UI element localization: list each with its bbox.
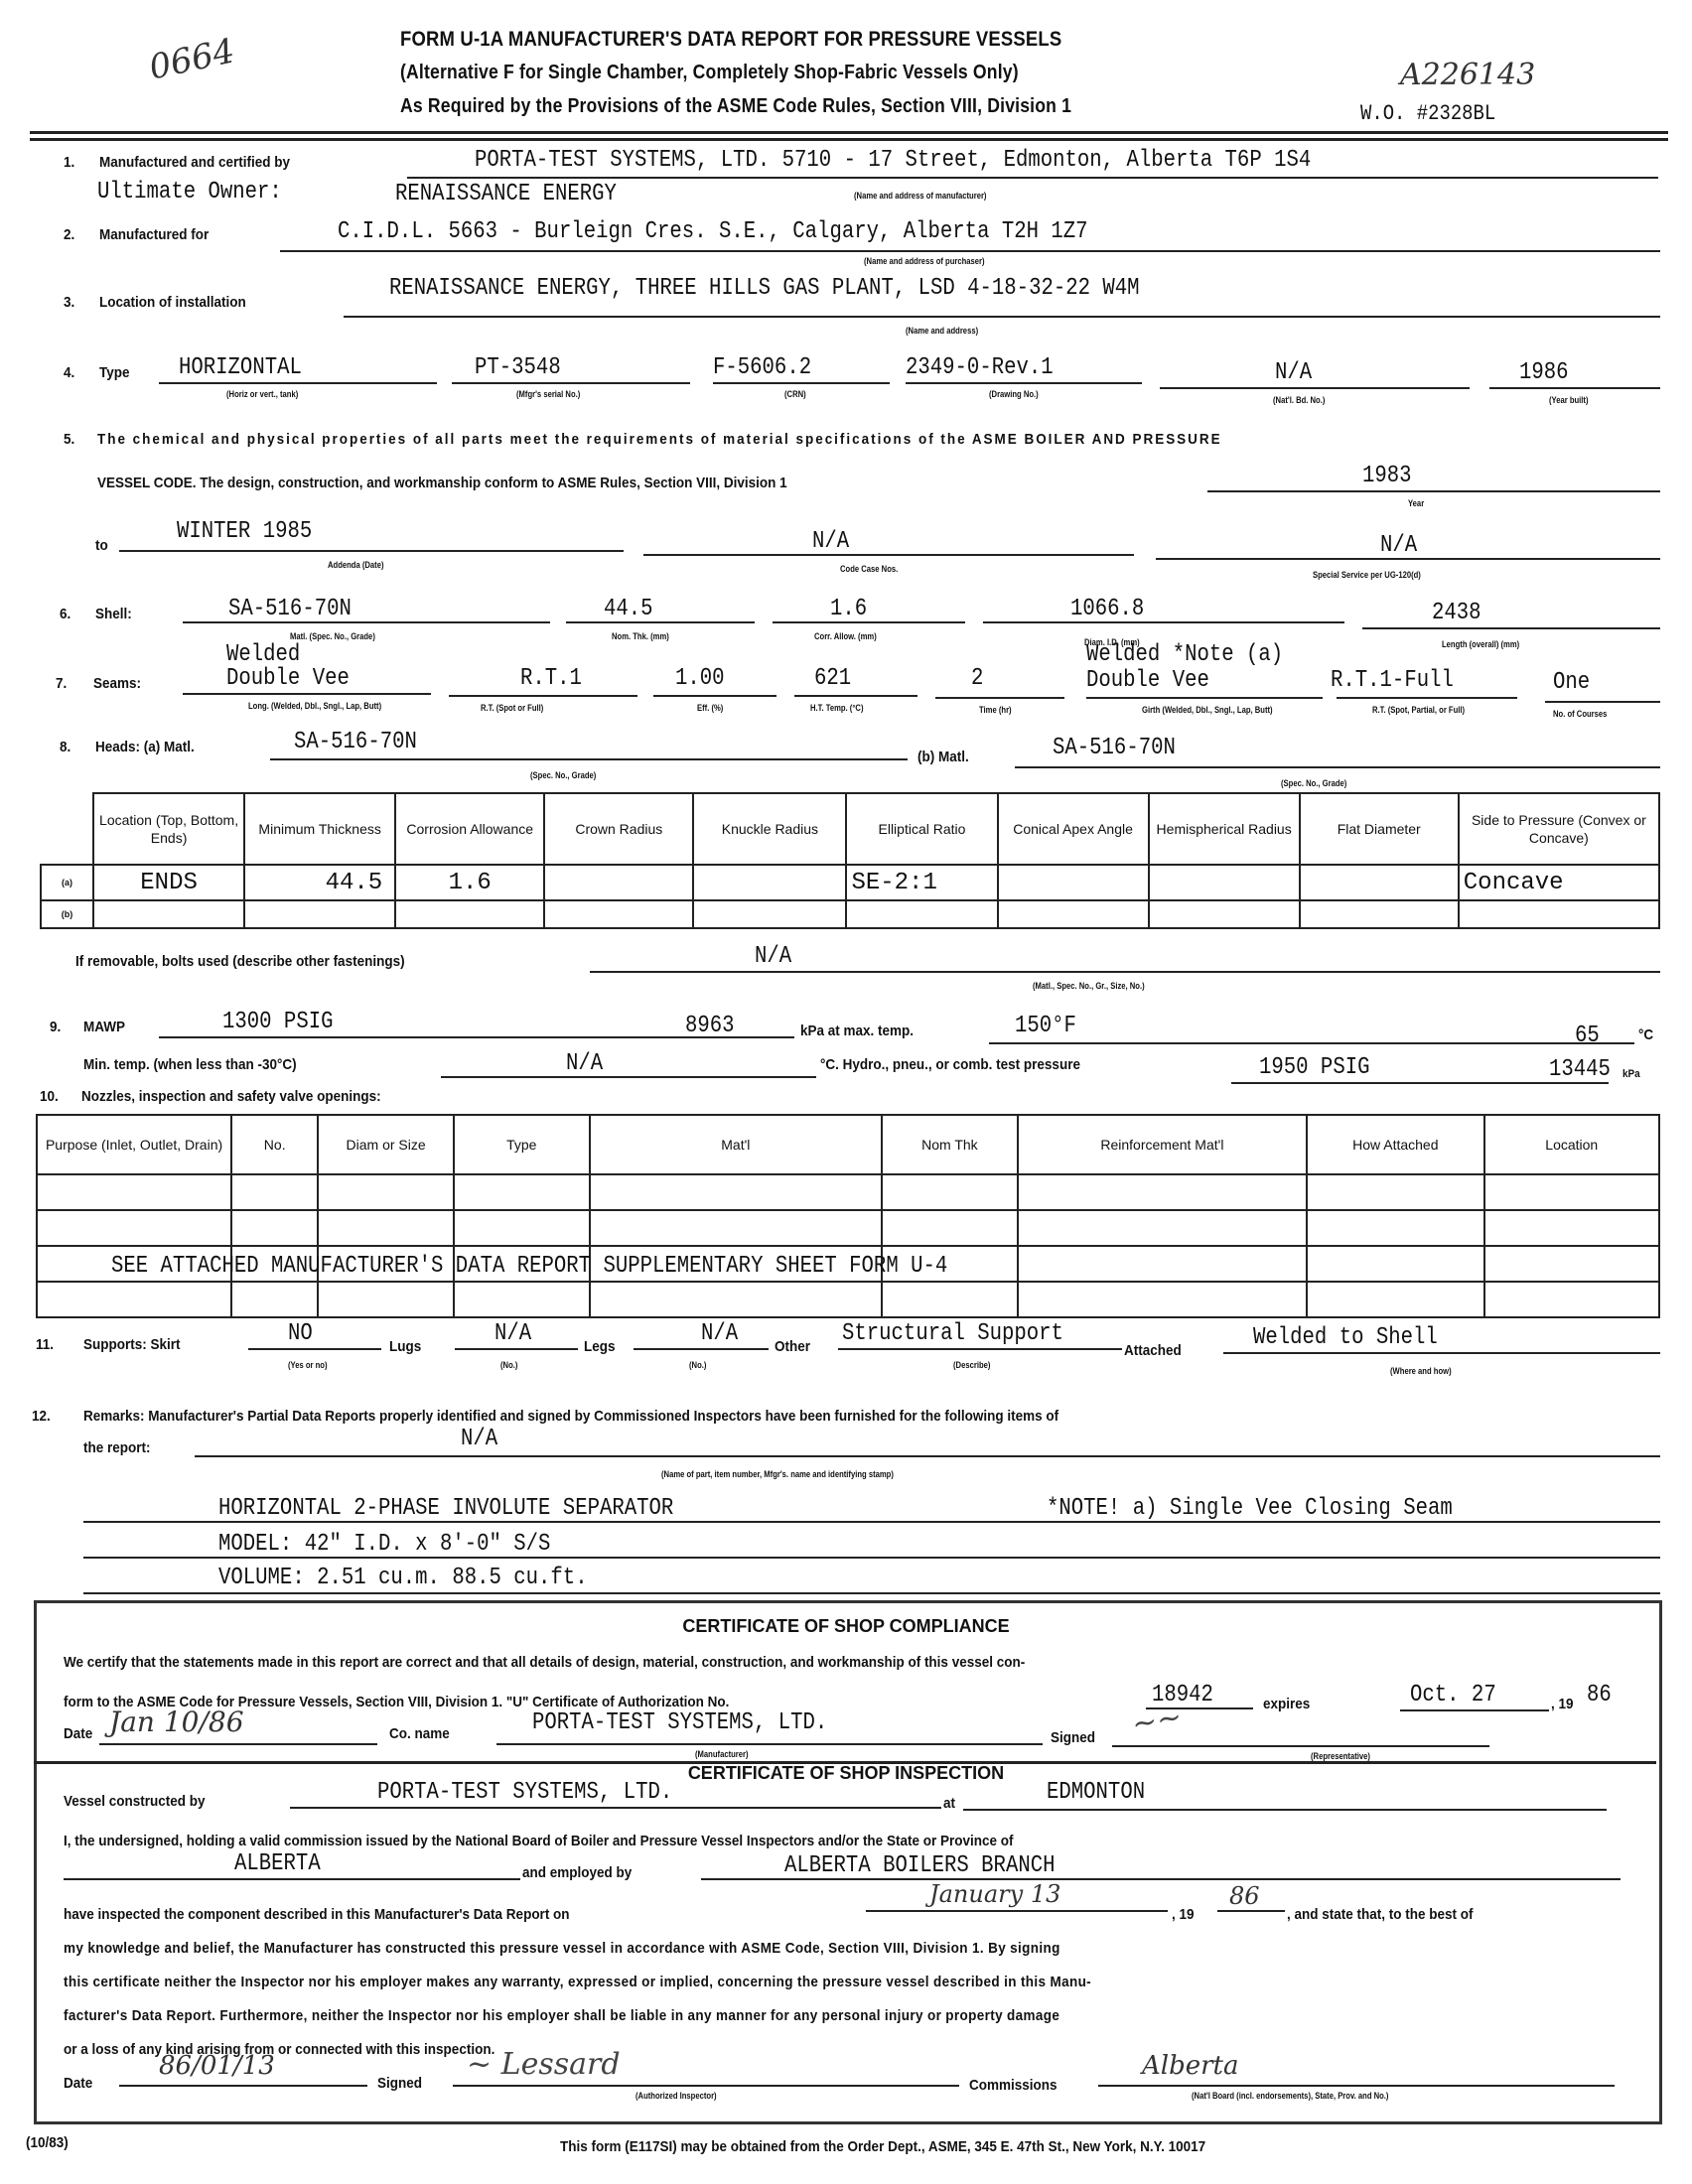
head-b-material-caption: (Spec. No., Grade) (1281, 778, 1346, 788)
cell-location[interactable]: ENDS (93, 865, 244, 900)
cell-min-thickness[interactable]: 44.5 (244, 865, 395, 900)
cell[interactable] (37, 1282, 231, 1317)
constructed-by-field[interactable]: PORTA-TEST SYSTEMS, LTD. (377, 1779, 672, 1806)
purchaser-field[interactable]: C.I.D.L. 5663 - Burleign Cres. S.E., Cal… (338, 218, 1088, 245)
table-row (37, 1210, 1659, 1246)
cell-hemispherical-radius[interactable] (1149, 865, 1300, 900)
special-service-caption: Special Service per UG-120(d) (1313, 570, 1421, 580)
cell-crown-radius[interactable] (544, 865, 693, 900)
compliance-title: CERTIFICATE OF SHOP COMPLIANCE (682, 1616, 1009, 1637)
item8-number: 8. (60, 739, 70, 755)
inspection-year-prefix: , 19 (1172, 1906, 1195, 1923)
inspection-date-field[interactable]: January 13 (929, 1880, 1060, 1908)
compliance-date-label: Date (64, 1725, 92, 1742)
shell-material-caption: Matl. (Spec. No., Grade) (290, 631, 375, 641)
compliance-title-wrap: CERTIFICATE OF SHOP COMPLIANCE (0, 1616, 1692, 1637)
min-temp-label: Min. temp. (when less than -30°C) (83, 1056, 297, 1073)
cell-min-thickness[interactable] (244, 900, 395, 928)
item7-number: 7. (56, 675, 67, 692)
cell[interactable] (454, 1282, 590, 1317)
cell[interactable] (318, 1174, 454, 1210)
cell[interactable] (1018, 1282, 1307, 1317)
courses-caption: No. of Courses (1553, 709, 1607, 719)
mawp-psig-field[interactable]: 1300 PSIG (222, 1009, 333, 1035)
cell[interactable] (1484, 1174, 1659, 1210)
national-board-caption: (Nat'l. Bd. No.) (1273, 395, 1325, 405)
cell[interactable] (1018, 1174, 1307, 1210)
item4-number: 4. (64, 364, 74, 381)
drawing-number-caption: (Drawing No.) (989, 389, 1039, 399)
expires-field[interactable]: Oct. 27 (1410, 1682, 1496, 1708)
co-name-caption: (Manufacturer) (695, 1749, 749, 1759)
attached-caption: (Where and how) (1390, 1366, 1452, 1376)
vessel-type-field[interactable]: HORIZONTAL (179, 354, 302, 381)
code-year-field[interactable]: 1983 (1362, 463, 1412, 489)
shell-length-caption: Length (overall) (mm) (1442, 639, 1519, 649)
item10-number: 10. (40, 1088, 59, 1105)
item7-label: Seams: (93, 675, 141, 692)
header-no: No. (231, 1115, 318, 1174)
cell-elliptical-ratio[interactable]: SE-2:1 (846, 865, 997, 900)
expires-year-prefix: , 19 (1551, 1696, 1574, 1712)
inspection-text-4: this certificate neither the Inspector n… (64, 1974, 1091, 1990)
heads-table-header: Location (Top, Bottom, Ends) Minimum Thi… (41, 793, 1659, 865)
cell[interactable] (1307, 1174, 1483, 1210)
manufacturer-field[interactable]: PORTA-TEST SYSTEMS, LTD. 5710 - 17 Stree… (475, 147, 1311, 174)
vessel-type-caption: (Horiz or vert., tank) (226, 389, 298, 399)
addenda-field[interactable]: WINTER 1985 (177, 518, 312, 545)
lugs-field[interactable]: N/A (494, 1320, 531, 1347)
other-support-field[interactable]: Structural Support (842, 1320, 1063, 1347)
test-pressure-label: °C. Hydro., pneu., or comb. test pressur… (820, 1056, 1080, 1073)
header-corrosion: Corrosion Allowance (395, 793, 544, 865)
table-row (37, 1174, 1659, 1210)
addenda-to-label: to (95, 537, 108, 554)
lugs-caption: (No.) (500, 1360, 517, 1370)
nozzles-supplementary-note: SEE ATTACHED MANUFACTURER'S DATA REPORT … (111, 1253, 947, 1280)
shell-corrosion-caption: Corr. Allow. (mm) (814, 631, 877, 641)
inspection-title-wrap: CERTIFICATE OF SHOP INSPECTION (0, 1763, 1692, 1784)
ht-temp-field[interactable]: 621 (814, 665, 851, 692)
header-side-to-pressure: Side to Pressure (Convex or Concave) (1459, 793, 1659, 865)
cell[interactable] (1018, 1210, 1307, 1246)
crn-field[interactable]: F-5606.2 (713, 354, 811, 381)
inspection-text-3: my knowledge and belief, the Manufacture… (64, 1940, 1060, 1957)
report-label: the report: (83, 1439, 151, 1456)
courses-field[interactable]: One (1553, 669, 1590, 696)
cell-flat-diameter[interactable] (1300, 865, 1459, 900)
item6-number: 6. (60, 606, 70, 622)
max-temp-f-field[interactable]: 150°F (1015, 1013, 1076, 1039)
legs-caption: (No.) (689, 1360, 706, 1370)
cell[interactable] (318, 1282, 454, 1317)
girth-seam-rt-field[interactable]: R.T.1-Full (1331, 667, 1454, 694)
header-crown-radius: Crown Radius (544, 793, 693, 865)
compliance-signed-label: Signed (1051, 1729, 1095, 1746)
girth-seam-line1[interactable]: Welded *Note (a) (1086, 641, 1283, 668)
inspection-date-label: Date (64, 2075, 92, 2092)
cell[interactable] (590, 1174, 883, 1210)
heads-b-label: (b) Matl. (917, 749, 969, 765)
lugs-label: Lugs (389, 1338, 421, 1355)
shell-thickness-field[interactable]: 44.5 (604, 596, 653, 622)
table-row: (b) (41, 900, 1659, 928)
compliance-date-field[interactable]: Jan 10/86 (109, 1706, 244, 1738)
commissions-label: Commissions (969, 2077, 1057, 2094)
header-elliptical-ratio: Elliptical Ratio (846, 793, 997, 865)
header-flat-diameter: Flat Diameter (1300, 793, 1459, 865)
shell-length-field[interactable]: 2438 (1432, 600, 1481, 626)
inspection-text-6: or a loss of any kind arising from or co… (64, 2041, 494, 2058)
compliance-text-1: We certify that the statements made in t… (64, 1654, 1025, 1671)
item5-number: 5. (64, 431, 74, 448)
ht-temp-caption: H.T. Temp. (°C) (810, 703, 863, 713)
expires-year-field[interactable]: 86 (1587, 1682, 1612, 1708)
supports-skirt-label: Supports: Skirt (83, 1336, 181, 1353)
item12-number: 12. (32, 1408, 51, 1425)
code-year-caption: Year (1408, 498, 1424, 508)
cell[interactable] (590, 1282, 883, 1317)
inspection-text-2: have inspected the component described i… (64, 1906, 570, 1923)
shell-diameter-field[interactable]: 1066.8 (1070, 596, 1144, 622)
commissions-caption: (Nat'l Board (incl. endorsements), State… (1192, 2091, 1388, 2101)
expires-label: expires (1263, 1696, 1310, 1712)
partial-reports-caption: (Name of part, item number, Mfgr's. name… (661, 1469, 894, 1479)
kpa-unit: kPa (1622, 1068, 1640, 1080)
mawp-kpa-field[interactable]: 8963 (685, 1013, 735, 1039)
header-diameter: Diam or Size (318, 1115, 454, 1174)
header-conical-angle: Conical Apex Angle (998, 793, 1149, 865)
cell-side-to-pressure[interactable]: Concave (1459, 865, 1659, 900)
girth-seam-rt-caption: R.T. (Spot, Partial, or Full) (1372, 705, 1465, 715)
item4-label: Type (99, 364, 130, 381)
inspection-year-field[interactable]: 86 (1229, 1882, 1260, 1910)
cell-knuckle-radius[interactable] (693, 865, 846, 900)
installation-caption: (Name and address) (906, 326, 978, 336)
long-seam-caption: Long. (Welded, Dbl., Sngl., Lap, Butt) (248, 701, 381, 711)
remarks-note[interactable]: *NOTE! a) Single Vee Closing Seam (1047, 1495, 1453, 1522)
constructed-at-field[interactable]: EDMONTON (1047, 1779, 1145, 1806)
year-built-caption: (Year built) (1549, 395, 1589, 405)
row-key: (a) (41, 865, 93, 900)
item3-number: 3. (64, 294, 74, 311)
cell[interactable] (1307, 1246, 1483, 1282)
item9-number: 9. (50, 1019, 61, 1035)
form-subtitle: (Alternative F for Single Chamber, Compl… (400, 62, 1019, 84)
cell[interactable] (231, 1174, 318, 1210)
cell[interactable] (1307, 1282, 1483, 1317)
long-seam-rt-caption: R.T. (Spot or Full) (481, 703, 543, 713)
attached-label: Attached (1124, 1342, 1182, 1359)
nozzles-label: Nozzles, inspection and safety valve ope… (81, 1088, 381, 1105)
celsius-unit: °C (1638, 1026, 1653, 1043)
item1-label: Manufactured and certified by (99, 154, 290, 171)
table-row (37, 1282, 1659, 1317)
cell-knuckle-radius[interactable] (693, 900, 846, 928)
inspection-title: CERTIFICATE OF SHOP INSPECTION (688, 1763, 1004, 1784)
header-how-attached: How Attached (1307, 1115, 1483, 1174)
cell[interactable] (318, 1210, 454, 1246)
long-seam-rt-field[interactable]: R.T.1 (520, 665, 582, 692)
work-order-number: W.O. #2328BL (1360, 101, 1495, 126)
special-service-field[interactable]: N/A (1380, 532, 1417, 559)
code-case-field[interactable]: N/A (812, 528, 849, 555)
item5-statement-2: VESSEL CODE. The design, construction, a… (97, 475, 787, 491)
inspection-signed-label: Signed (377, 2075, 422, 2092)
long-seam-line1[interactable]: Welded (226, 641, 300, 668)
kpa-max-temp-label: kPa at max. temp. (800, 1023, 914, 1039)
cell-flat-diameter[interactable] (1300, 900, 1459, 928)
header-location: Location (1484, 1115, 1659, 1174)
attached-field[interactable]: Welded to Shell (1253, 1324, 1438, 1351)
nozzles-table-header: Purpose (Inlet, Outlet, Drain) No. Diam … (37, 1115, 1659, 1174)
co-name-field[interactable]: PORTA-TEST SYSTEMS, LTD. (532, 1709, 827, 1736)
employed-by-label: and employed by (522, 1864, 632, 1881)
test-pressure-psig-field[interactable]: 1950 PSIG (1259, 1054, 1369, 1081)
heads-a-label: Heads: (a) Matl. (95, 739, 195, 755)
nozzles-table: Purpose (Inlet, Outlet, Drain) No. Diam … (36, 1114, 1660, 1318)
inspector-caption: (Authorized Inspector) (635, 2091, 717, 2101)
national-board-number-field[interactable]: N/A (1275, 359, 1312, 386)
inspection-text-1: I, the undersigned, holding a valid comm… (64, 1833, 1013, 1849)
addenda-caption: Addenda (Date) (328, 560, 384, 570)
cell[interactable] (454, 1210, 590, 1246)
cell-crown-radius[interactable] (544, 900, 693, 928)
long-seam-field[interactable]: Double Vee (226, 665, 350, 692)
header-knuckle-radius: Knuckle Radius (693, 793, 846, 865)
remarks-line-3[interactable]: VOLUME: 2.51 cu.m. 88.5 cu.ft. (218, 1565, 588, 1591)
cell[interactable] (231, 1210, 318, 1246)
ht-time-field[interactable]: 2 (971, 665, 983, 692)
cell[interactable] (454, 1174, 590, 1210)
header-min-thickness: Minimum Thickness (244, 793, 395, 865)
mawp-label: MAWP (83, 1019, 125, 1035)
skirt-field[interactable]: NO (288, 1320, 313, 1347)
cell[interactable] (1484, 1282, 1659, 1317)
at-label: at (943, 1795, 955, 1812)
table-row: (a) ENDS 44.5 1.6 SE-2:1 Concave (41, 865, 1659, 900)
cell[interactable] (37, 1210, 231, 1246)
form-title: FORM U-1A MANUFACTURER'S DATA REPORT FOR… (400, 28, 1061, 52)
item11-number: 11. (36, 1336, 54, 1353)
cell-elliptical-ratio[interactable] (846, 900, 997, 928)
cell[interactable] (1018, 1246, 1307, 1282)
cell-corrosion[interactable] (395, 900, 544, 928)
owner-label: Ultimate Owner: (97, 179, 282, 205)
manufacturer-caption: (Name and address of manufacturer) (854, 191, 986, 201)
cell[interactable] (882, 1282, 1018, 1317)
inspection-signed-date-field[interactable]: 86/01/13 (159, 2051, 275, 2081)
header-type: Type (454, 1115, 590, 1174)
header-location: Location (Top, Bottom, Ends) (93, 793, 244, 865)
inspector-signature[interactable]: ~ Lessard (467, 2047, 621, 2082)
cell[interactable] (1484, 1246, 1659, 1282)
item5-statement-1: The chemical and physical properties of … (97, 431, 1222, 448)
cell-conical-angle[interactable] (998, 865, 1149, 900)
header-hemispherical-radius: Hemispherical Radius (1149, 793, 1300, 865)
item1-number: 1. (64, 154, 74, 171)
item3-label: Location of installation (99, 294, 246, 311)
constructed-by-label: Vessel constructed by (64, 1793, 206, 1810)
remarks-text: Remarks: Manufacturer's Partial Data Rep… (83, 1408, 1058, 1425)
form-order-info: This form (E117SI) may be obtained from … (560, 2138, 1205, 2155)
cell-side-to-pressure[interactable] (1459, 900, 1659, 928)
crn-caption: (CRN) (784, 389, 806, 399)
girth-seam-caption: Girth (Welded, Dbl., Sngl., Lap, Butt) (1142, 705, 1273, 715)
shell-corrosion-field[interactable]: 1.6 (830, 596, 867, 622)
test-pressure-kpa-field[interactable]: 13445 (1549, 1056, 1611, 1083)
other-support-caption: (Describe) (953, 1360, 990, 1370)
cell-corrosion[interactable]: 1.6 (395, 865, 544, 900)
other-label: Other (775, 1338, 810, 1355)
serial-number-caption: (Mfgr's serial No.) (516, 389, 580, 399)
joint-efficiency-field[interactable]: 1.00 (675, 665, 725, 692)
skirt-caption: (Yes or no) (288, 1360, 328, 1370)
cell[interactable] (37, 1174, 231, 1210)
co-name-label: Co. name (389, 1725, 450, 1742)
purchaser-caption: (Name and address of purchaser) (864, 256, 985, 266)
girth-seam-field[interactable]: Double Vee (1086, 667, 1209, 694)
remarks-line-1[interactable]: HORIZONTAL 2-PHASE INVOLUTE SEPARATOR (218, 1495, 673, 1522)
head-a-material-caption: (Spec. No., Grade) (530, 770, 596, 780)
item2-number: 2. (64, 226, 74, 243)
item2-label: Manufactured for (99, 226, 209, 243)
cell[interactable] (882, 1174, 1018, 1210)
cell[interactable] (1484, 1210, 1659, 1246)
bolts-label: If removable, bolts used (describe other… (75, 953, 405, 970)
cell-location[interactable] (93, 900, 244, 928)
header-reinforcement: Reinforcement Mat'l (1018, 1115, 1307, 1174)
remarks-line-2[interactable]: MODEL: 42" I.D. x 8'-0" S/S (218, 1531, 550, 1558)
handwritten-doc-number: A226143 (1400, 58, 1535, 92)
representative-caption: (Representative) (1311, 1751, 1370, 1761)
code-case-caption: Code Case Nos. (840, 564, 898, 574)
min-temp-field[interactable]: N/A (566, 1050, 603, 1077)
province-field[interactable]: ALBERTA (234, 1850, 321, 1877)
commissions-field[interactable]: Alberta (1142, 2051, 1239, 2081)
cell[interactable] (590, 1210, 883, 1246)
ht-time-caption: Time (hr) (979, 705, 1012, 715)
header-purpose: Purpose (Inlet, Outlet, Drain) (37, 1115, 231, 1174)
shell-material-field[interactable]: SA-516-70N (228, 596, 352, 622)
handwritten-ref-number: 0664 (146, 31, 238, 87)
inspection-text-2b: , and state that, to the best of (1287, 1906, 1474, 1923)
head-b-material-field[interactable]: SA-516-70N (1053, 735, 1176, 761)
head-a-material-field[interactable]: SA-516-70N (294, 729, 417, 755)
employer-field[interactable]: ALBERTA BOILERS BRANCH (784, 1852, 1055, 1879)
year-built-field[interactable]: 1986 (1519, 359, 1569, 386)
header-material: Mat'l (590, 1115, 883, 1174)
row-key: (b) (41, 900, 93, 928)
shell-thickness-caption: Nom. Thk. (mm) (612, 631, 669, 641)
joint-efficiency-caption: Eff. (%) (697, 703, 723, 713)
owner-field[interactable]: RENAISSANCE ENERGY (395, 181, 617, 207)
drawing-number-field[interactable]: 2349-0-Rev.1 (906, 354, 1054, 381)
inspection-text-5: facturer's Data Report. Furthermore, nei… (64, 2007, 1059, 2024)
cell-hemispherical-radius[interactable] (1149, 900, 1300, 928)
header-nom-thk: Nom Thk (882, 1115, 1018, 1174)
max-temp-c-field[interactable]: 65 (1575, 1023, 1600, 1049)
cell[interactable] (882, 1210, 1018, 1246)
installation-location-field[interactable]: RENAISSANCE ENERGY, THREE HILLS GAS PLAN… (389, 275, 1140, 302)
heads-table: Location (Top, Bottom, Ends) Minimum Thi… (40, 792, 1660, 929)
cell[interactable] (231, 1282, 318, 1317)
legs-field[interactable]: N/A (701, 1320, 738, 1347)
form-revision: (10/83) (26, 2134, 69, 2151)
item6-label: Shell: (95, 606, 132, 622)
form-provisions: As Required by the Provisions of the ASM… (400, 95, 1071, 118)
serial-number-field[interactable]: PT-3548 (475, 354, 561, 381)
cell-conical-angle[interactable] (998, 900, 1149, 928)
legs-label: Legs (584, 1338, 616, 1355)
bolts-field[interactable]: N/A (755, 943, 791, 970)
cell[interactable] (1307, 1210, 1483, 1246)
bolts-caption: (Matl., Spec. No., Gr., Size, No.) (1033, 981, 1145, 991)
partial-reports-field[interactable]: N/A (461, 1426, 497, 1452)
